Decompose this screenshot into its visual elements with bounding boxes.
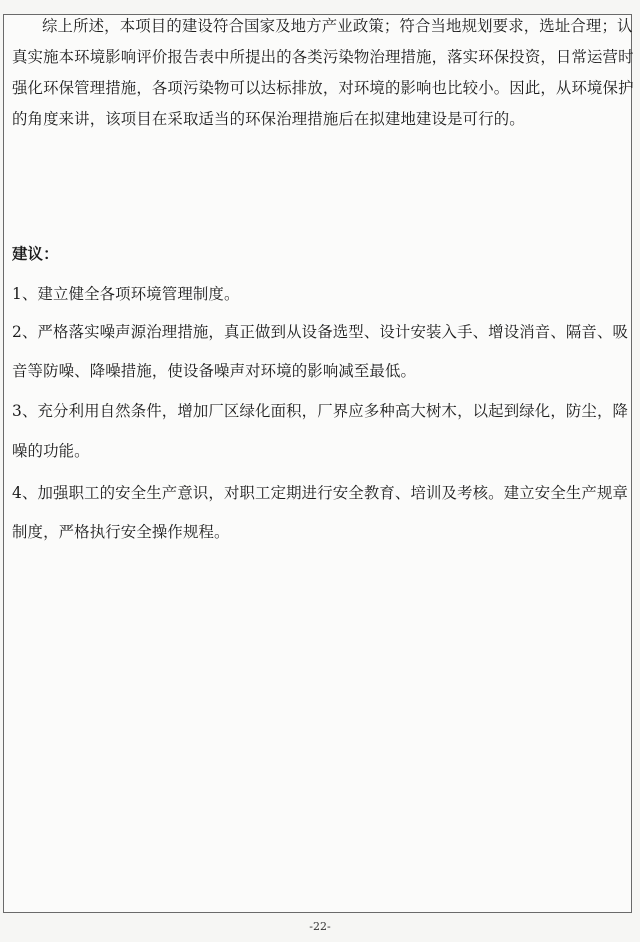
suggestion-3: 3、充分利用自然条件，增加厂区绿化面积，厂界应多种高大树木，以起到绿化，防尘，降 (12, 401, 628, 421)
suggestion-4-cont: 制度，严格执行安全操作规程。 (12, 522, 230, 542)
suggestion-4: 4、加强职工的安全生产意识，对职工定期进行安全教育、培训及考核。建立安全生产规章 (12, 483, 628, 503)
summary-line-1: 综上所述，本项目的建设符合国家及地方产业政策；符合当地规划要求，选址合理；认 (42, 16, 633, 36)
suggestion-3-cont: 噪的功能。 (12, 441, 90, 461)
suggestion-2: 2、严格落实噪声源治理措施，真正做到从设备选型、设计安装入手、增设消音、隔音、吸 (12, 322, 628, 342)
summary-line-4: 的角度来讲，该项目在采取适当的环保治理措施后在拟建地建设是可行的。 (12, 109, 525, 129)
suggestion-1: 1、建立健全各项环境管理制度。 (12, 284, 240, 304)
suggestions-heading: 建议： (12, 244, 59, 264)
content-frame: 综上所述，本项目的建设符合国家及地方产业政策；符合当地规划要求，选址合理；认 真… (3, 14, 632, 913)
summary-line-2: 真实施本环境影响评价报告表中所提出的各类污染物治理措施，落实环保投资，日常运营时 (12, 47, 634, 67)
summary-line-3: 强化环保管理措施，各项污染物可以达标排放，对环境的影响也比较小。因此，从环境保护 (12, 78, 634, 98)
page-number: -22- (0, 920, 640, 933)
suggestion-2-cont: 音等防噪、降噪措施，使设备噪声对环境的影响减至最低。 (12, 361, 416, 381)
